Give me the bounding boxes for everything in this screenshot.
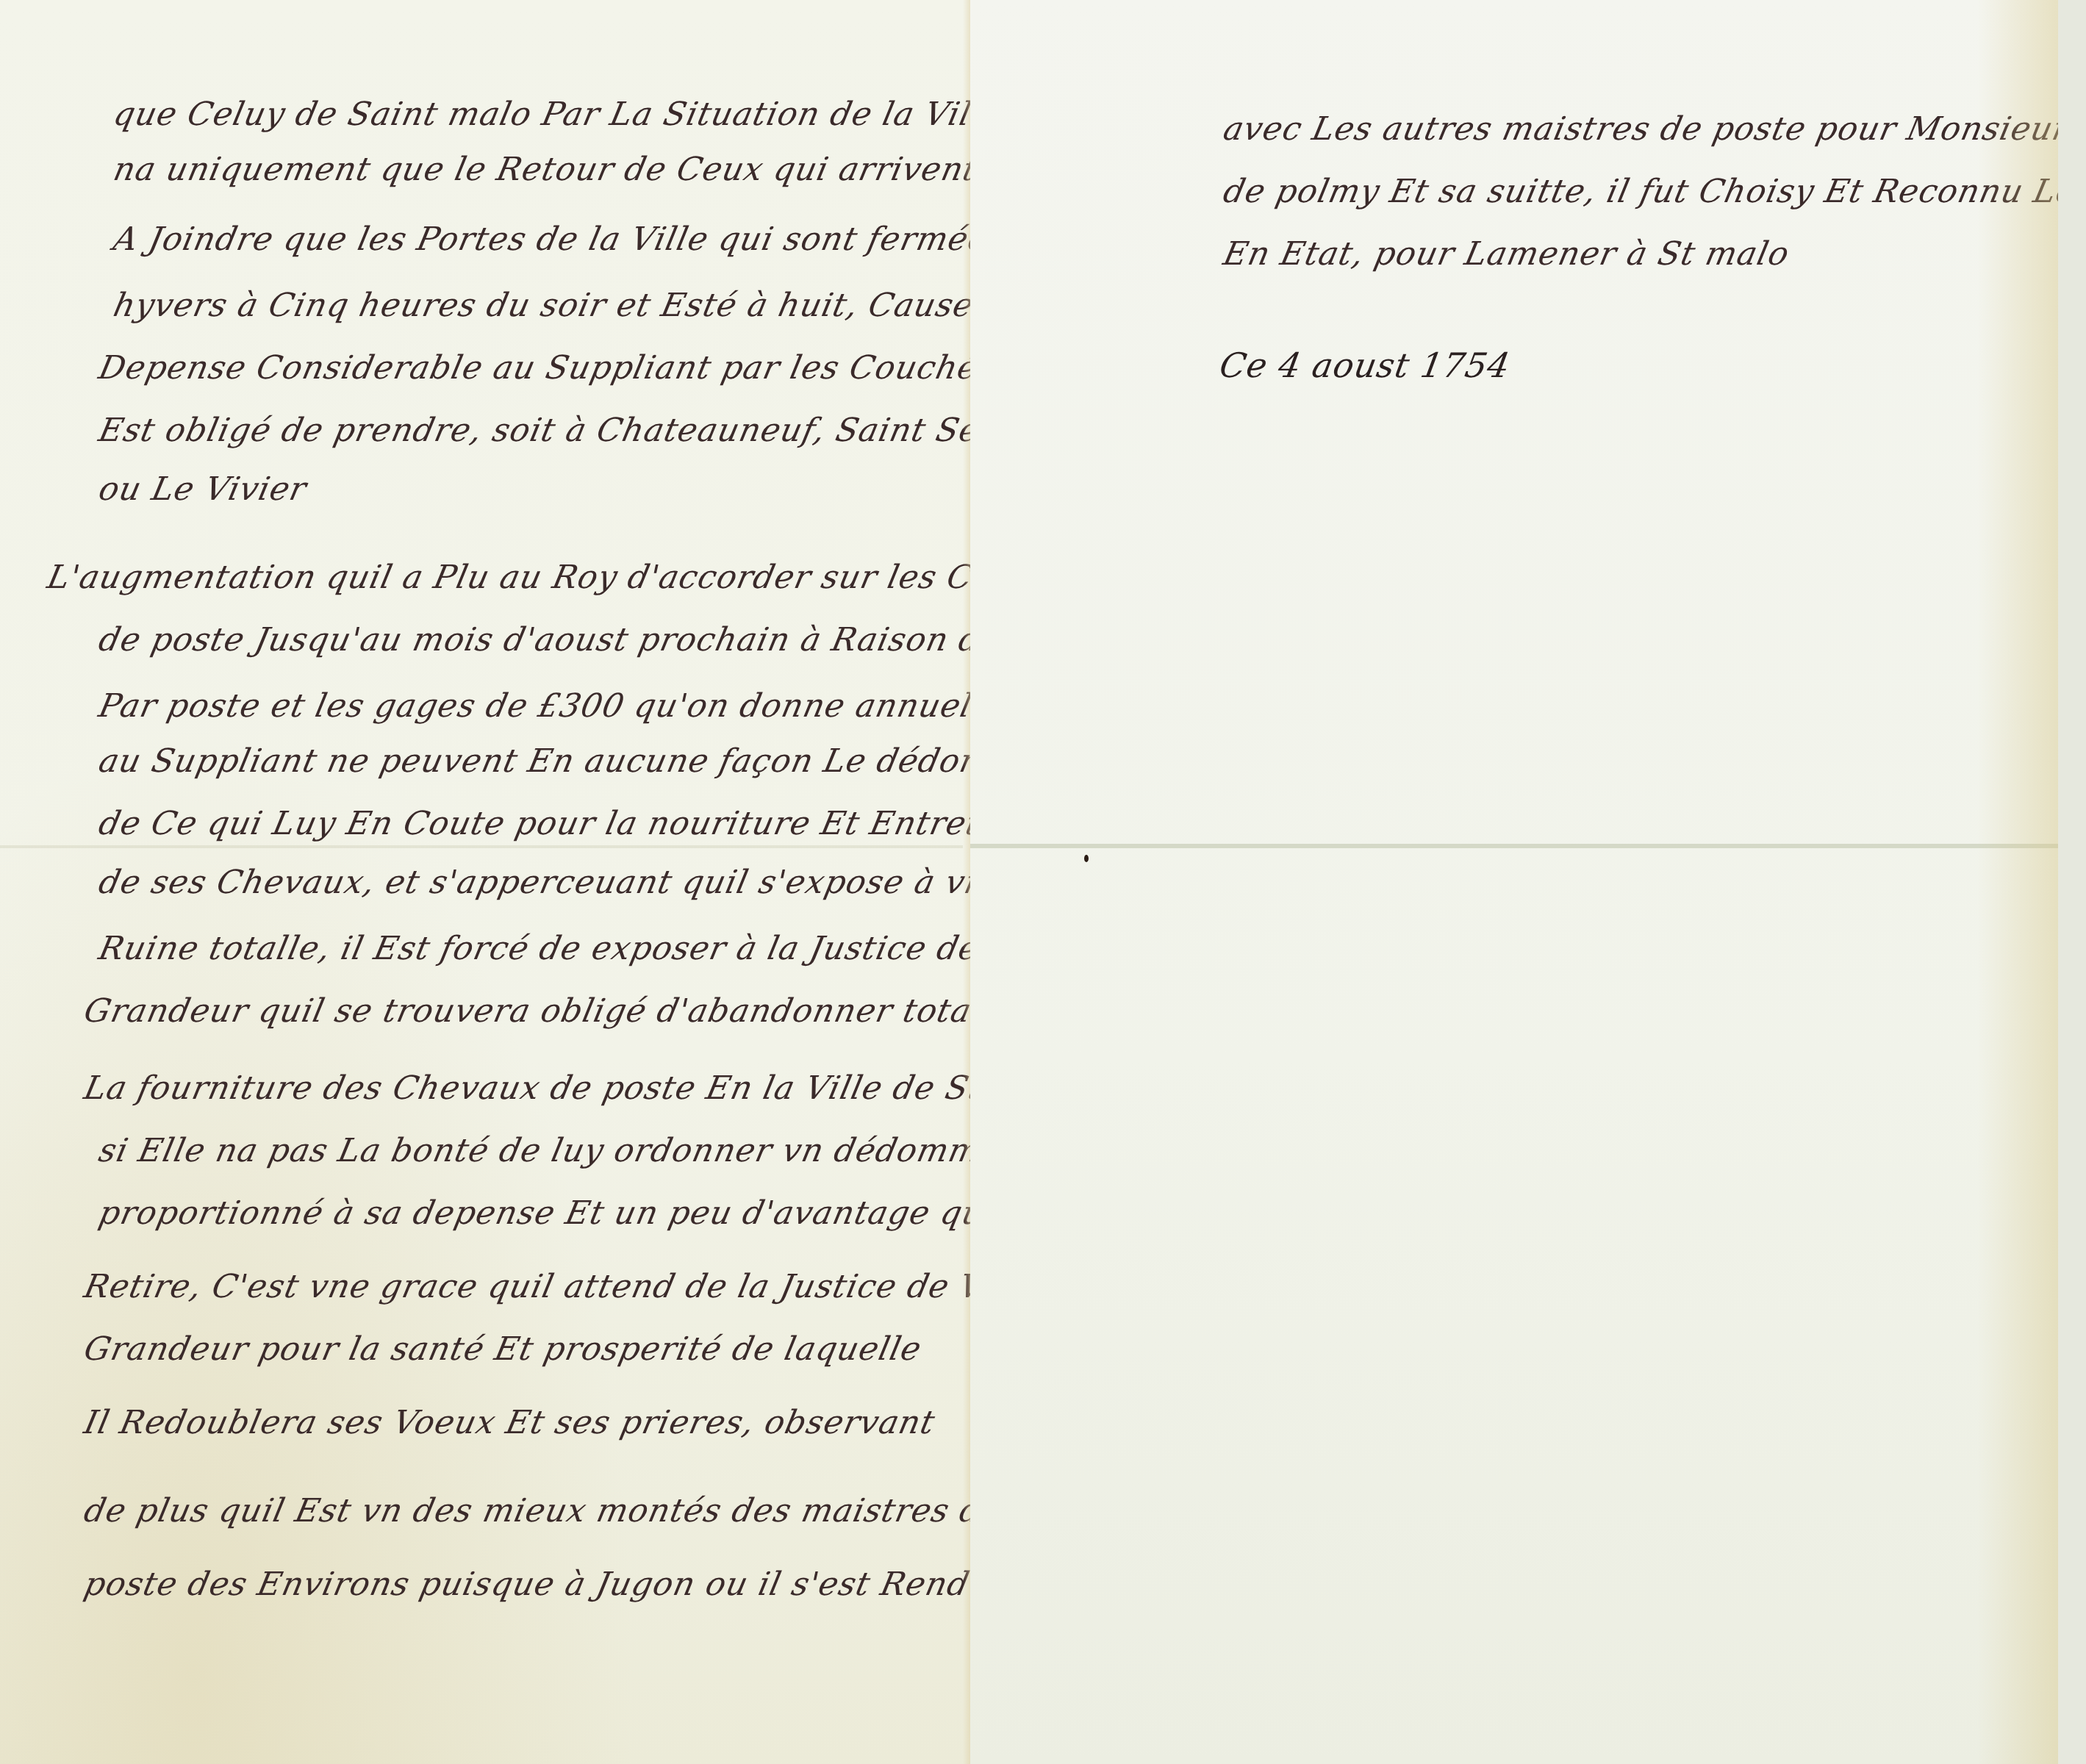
horizontal-fold-crease-left [0,845,963,848]
right-line-2: de polmy Et sa suitte, il fut Choisy Et … [1220,173,2086,210]
left-line-7: ou Le Vivier [96,470,310,508]
left-line-18: proportionné à sa depense Et un peu d'av… [96,1194,1067,1232]
left-line-20: Grandeur pour la santé Et prosperité de … [81,1330,925,1368]
left-line-12: de Ce qui Luy En Coute pour la nouriture… [96,805,1050,842]
right-line-1: avec Les autres maistres de poste pour M… [1220,110,2086,148]
ink-spot [1084,855,1089,862]
left-line-13: de ses Chevaux, et s'apperceuant quil s'… [96,864,1011,901]
document-date: Ce 4 aoust 1754 [1216,345,1513,385]
left-page: que Celuy de Saint malo Par La Situation… [0,0,970,1764]
horizontal-fold-crease-right [970,844,2058,848]
left-line-19: Retire, C'est vne grace quil attend de l… [81,1268,1055,1305]
edge-stain [1977,0,2058,1764]
left-line-22: de plus quil Est vn des mieux montés des… [81,1492,1006,1530]
left-line-11: au Suppliant ne peuvent En aucune façon … [96,742,1105,780]
manuscript-sheet: que Celuy de Saint malo Par La Situation… [0,0,2086,1764]
left-line-14: Ruine totalle, il Est forcé de exposer à… [96,930,1085,967]
left-line-23: poste des Environs puisque à Jugon ou il… [81,1566,994,1603]
left-line-6: Est obligé de prendre, soit à Chateauneu… [96,412,1071,449]
right-page: avec Les autres maistres de poste pour M… [970,0,2060,1764]
right-line-3: En Etat, pour Lamener à St malo [1220,235,1793,273]
left-line-1: que Celuy de Saint malo Par La Situation… [110,96,1006,133]
left-line-2: na uniquement que le Retour de Ceux qui … [110,151,981,188]
left-line-8: L'augmentation quil a Plu au Roy d'accor… [44,559,1098,596]
left-line-21: Il Redoublera ses Voeux Et ses prieres, … [81,1404,939,1441]
left-line-15: Grandeur quil se trouvera obligé d'aband… [81,992,1104,1030]
background-beyond-page [2058,0,2086,1764]
left-line-5: Depense Considerable au Suppliant par le… [96,349,1095,387]
left-line-16: La fourniture des Chevaux de poste En la… [81,1069,1080,1107]
left-line-10: Par poste et les gages de £300 qu'on don… [96,687,1093,725]
left-line-4: hyvers à Cinq heures du soir et Esté à h… [110,287,1049,324]
left-line-3: A Joindre que les Portes de la Ville qui… [110,220,1067,258]
